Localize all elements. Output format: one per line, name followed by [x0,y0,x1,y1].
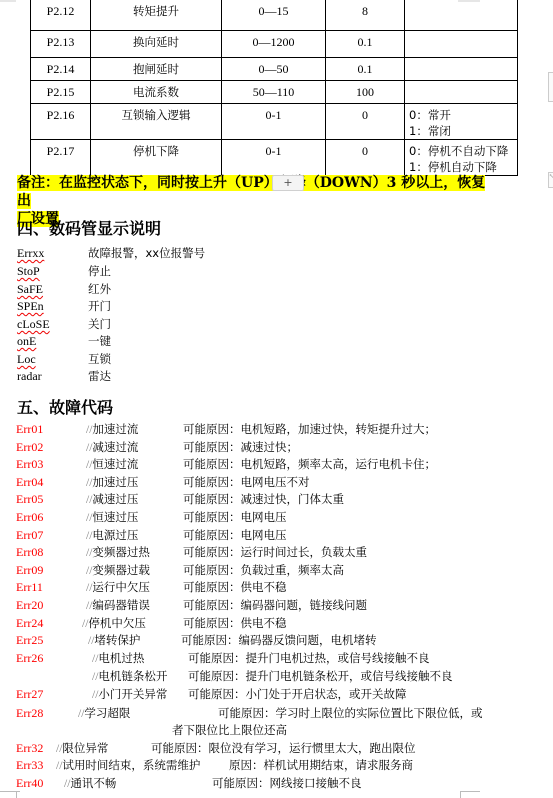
error-cause: 可能原因：提升门电机链条松开，或信号线接触不良 [188,668,453,685]
error-code: Err27 [16,686,43,703]
error-name: //限位异常 [56,740,108,758]
error-cause: 可能原因：减速过快； [183,439,298,456]
error-code: Err40 [16,775,43,792]
error-name: //变频器过热 [86,544,150,562]
page-margin-mark [460,791,461,798]
error-code: Err05 [16,491,43,508]
error-cause: 可能原因：供电不稳 [183,579,287,596]
error-code: Err01 [16,421,43,438]
error-cause: 者下限位比上限位还高 [172,722,287,739]
param-code: P2.13 [31,31,91,58]
display-code: SaFE [17,282,77,297]
error-code: Err26 [16,650,43,667]
side-scroll-tab[interactable] [548,72,553,102]
param-name: 抱闸延时 [91,58,222,81]
param-default: 8 [326,0,405,31]
error-code: Err07 [16,527,43,544]
page-margin-mark [16,791,17,798]
note-line: 0：停机不自动下降 [409,143,513,159]
param-name: 停机下降 [91,140,222,176]
error-name: //恒速过流 [86,456,138,474]
error-cause: 可能原因：编码器问题，链接线问题 [183,597,367,614]
param-range: 0—50 [222,58,326,81]
error-code: Err08 [16,544,43,561]
error-code: Err24 [16,615,43,632]
param-code: P2.14 [31,58,91,81]
display-code: radar [17,369,77,384]
error-cause: 可能原因：网线接口接触不良 [212,775,362,792]
error-name: //试用时间结束，系统需维护 [56,757,200,775]
param-name: 互锁输入逻辑 [91,104,222,140]
table-row: P2.17 停机下降 0-1 0 0：停机不自动下降 1：停机自动下降 [31,140,518,176]
error-name: //加速过压 [86,474,138,492]
error-name: //小门开关异常 [92,686,167,704]
display-desc: 红外 [88,282,111,297]
add-row-button[interactable]: + [272,175,304,191]
display-desc: 停止 [88,264,111,279]
param-default: 0.1 [326,58,405,81]
param-note [405,58,518,81]
error-cause: 可能原因：运行时间过长，负载太重 [183,544,367,561]
param-default: 100 [326,81,405,104]
param-default: 0 [326,140,405,176]
table-row: P2.16 互锁输入逻辑 0-1 0 0：常开 1：常闭 [31,104,518,140]
table-row: P2.13 换向延时 0—1200 0.1 [31,31,518,58]
error-code: Err02 [16,439,43,456]
error-cause: 可能原因：负载过重，频率太高 [183,562,344,579]
param-note [405,0,518,31]
error-cause: 可能原因：电网电压不对 [183,474,310,491]
param-name: 转矩提升 [91,0,222,31]
error-name: //变频器过载 [86,562,150,580]
error-code: Err11 [16,579,43,596]
error-name: //电机链条松开 [92,668,167,686]
error-cause: 原因：样机试用期结束，请求服务商 [229,757,413,774]
error-name: //电源过压 [86,527,138,545]
error-code: Err06 [16,509,43,526]
display-desc: 互锁 [88,352,111,367]
param-code: P2.12 [31,0,91,31]
param-name: 电流系数 [91,81,222,104]
param-note [405,81,518,104]
error-name: //加速过流 [86,421,138,439]
param-range: 0-1 [222,104,326,140]
error-name: //编码器错误 [86,597,150,615]
error-code: Err32 [16,740,43,757]
param-default: 0 [326,104,405,140]
section5-heading: 五、故障代码 [17,395,113,418]
param-code: P2.17 [31,140,91,176]
error-cause: 可能原因：电网电压 [183,527,287,544]
table-row: P2.12 转矩提升 0—15 8 [31,0,518,31]
error-name: //停机中欠压 [82,615,146,633]
error-name: //运行中欠压 [86,579,150,597]
display-code: cLoSE [17,317,77,332]
param-range: 0-1 [222,140,326,176]
error-code: Err33 [16,757,43,774]
display-desc: 关门 [88,317,111,332]
error-name: //减速过流 [86,439,138,457]
table-row: P2.14 抱闸延时 0—50 0.1 [31,58,518,81]
display-desc: 开门 [88,299,111,314]
error-cause: 可能原因：限位没有学习，运行惯里太大，跑出限位 [151,740,416,757]
display-code: SPEn [17,299,77,314]
error-cause: 可能原因：电机短路，频率太高，运行电机卡住； [183,456,436,473]
error-cause: 可能原因：供电不稳 [183,615,287,632]
error-cause: 可能原因：学习时上限位的实际位置比下限位低，或 [218,705,483,722]
param-note [405,31,518,58]
error-name: //堵转保护 [88,632,140,650]
error-code: Err20 [16,597,43,614]
parameter-table: P2.12 转矩提升 0—15 8 P2.13 换向延时 0—1200 0.1 … [30,0,518,176]
display-desc: 雷达 [88,369,111,384]
table-row: P2.15 电流系数 50—110 100 [31,81,518,104]
error-name: //通讯不畅 [64,775,116,793]
error-code: Err25 [16,632,43,649]
error-code: Err28 [16,705,43,722]
param-code: P2.16 [31,104,91,140]
note-line: 1：常闭 [409,123,513,139]
error-code: Err03 [16,456,43,473]
error-cause: 可能原因：减速过快，门体太重 [183,491,344,508]
ruler-tab [0,0,16,2]
page-margin-mark [0,791,20,792]
param-note: 0：常开 1：常闭 [405,104,518,140]
error-code: Err09 [16,562,43,579]
document-page: P2.12 转矩提升 0—15 8 P2.13 换向延时 0—1200 0.1 … [0,0,553,798]
display-code: Loc [17,352,77,367]
param-range: 0—15 [222,0,326,31]
error-name: //恒速过压 [86,509,138,527]
display-code: onE [17,334,77,349]
error-name: //学习超限 [78,705,130,723]
param-default: 0.1 [326,31,405,58]
param-range: 0—1200 [222,31,326,58]
param-range: 50—110 [222,81,326,104]
error-cause: 可能原因：编码器反馈问题，电机堵转 [181,632,377,649]
error-cause: 可能原因：提升门电机过热，或信号线接触不良 [188,650,430,667]
note-text-a: 备注：在监控状态下，同时按上升（UP）和 [17,175,292,191]
param-code: P2.15 [31,81,91,104]
display-desc: 故障报警，xx位报警号 [88,246,205,261]
display-code: Errxx [17,246,77,261]
error-code: Err04 [16,474,43,491]
param-note: 0：停机不自动下降 1：停机自动下降 [405,140,518,176]
param-name: 换向延时 [91,31,222,58]
error-name: //电机过热 [92,650,144,668]
section4-heading: 四、数码管显示说明 [17,216,161,239]
error-cause: 可能原因：电机短路，加速过快，转矩提升过大； [183,421,436,438]
error-name: //减速过压 [86,491,138,509]
resize-handle-icon[interactable]: ↖ [548,172,553,188]
error-cause: 可能原因：电网电压 [183,509,287,526]
display-desc: 一键 [88,334,111,349]
display-code: StoP [17,264,77,279]
error-cause: 可能原因：小门处于开启状态，或开关故障 [188,686,407,703]
note-line: 0：常开 [409,107,513,123]
note-line: 1：停机自动下降 [409,159,513,175]
page-margin-mark [460,791,480,792]
